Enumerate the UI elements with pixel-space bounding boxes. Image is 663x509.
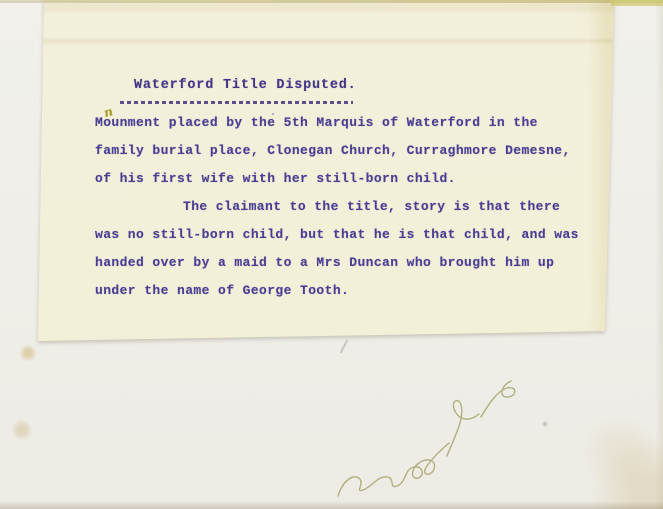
- body-line: family burial place, Clonegan Church, Cu…: [95, 143, 571, 158]
- scan-bottom-edge: [0, 501, 663, 509]
- body-line: handed over by a maid to a Mrs Duncan wh…: [95, 255, 554, 270]
- scanned-document: Waterford Title Disputed. Mounment place…: [0, 0, 663, 509]
- scan-top-edge: [0, 0, 663, 3]
- body-line: Mounment placed by the 5th Marquis of Wa…: [95, 115, 538, 130]
- ink-speck: [272, 113, 274, 115]
- title-underline: [120, 101, 353, 104]
- body-line: of his first wife with her still-born ch…: [95, 171, 456, 186]
- scan-top-right-edge: [611, 0, 663, 6]
- body-line: was no still-born child, but that he is …: [95, 227, 579, 242]
- document-title: Waterford Title Disputed.: [134, 78, 357, 93]
- handwritten-scrawl: [330, 376, 530, 506]
- body-line: under the name of George Tooth.: [95, 283, 349, 298]
- body-line: The claimant to the title, story is that…: [183, 199, 560, 214]
